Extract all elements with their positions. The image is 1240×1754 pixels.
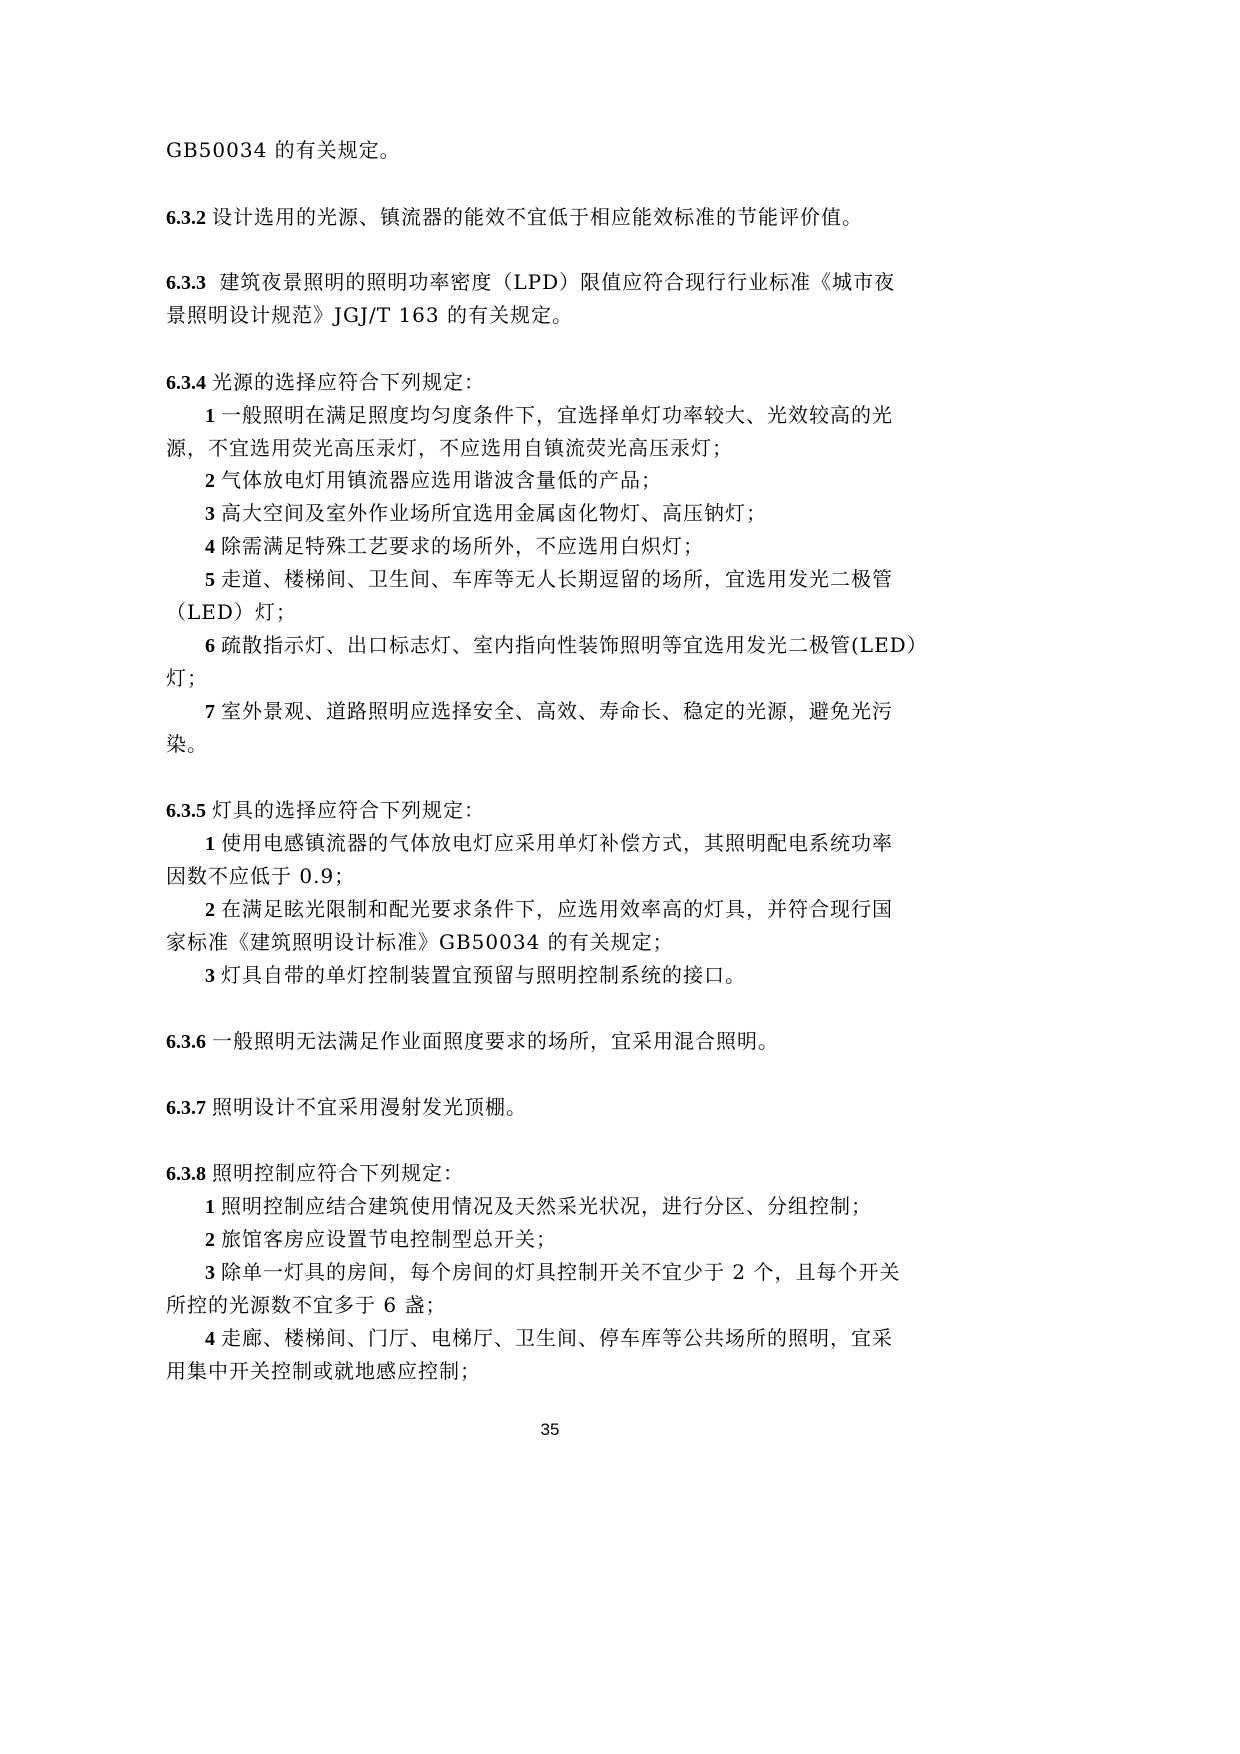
clause-number: 1 bbox=[205, 405, 215, 427]
clause-text: 景照明设计规范》JGJ/T 163 的有关规定。 bbox=[166, 303, 573, 327]
page-number: 35 bbox=[0, 1420, 1100, 1440]
text-line: 灯； bbox=[166, 664, 936, 692]
clause-line: 2气体放电灯用镇流器应选用谐波含量低的产品； bbox=[205, 466, 975, 495]
clause-text: 照明设计不宜采用漫射发光顶棚。 bbox=[212, 1095, 527, 1119]
clause-text: 所控的光源数不宜多于 6 盏； bbox=[166, 1293, 446, 1317]
document-page: GB50034 的有关规定。6.3.2设计选用的光源、镇流器的能效不宜低于相应能… bbox=[0, 0, 1240, 1754]
clause-number: 7 bbox=[205, 701, 215, 723]
clause-number: 6 bbox=[205, 635, 215, 657]
clause-number: 4 bbox=[205, 1328, 215, 1350]
clause-line: 6.3.7照明设计不宜采用漫射发光顶棚。 bbox=[166, 1093, 936, 1122]
clause-number: 4 bbox=[205, 536, 215, 558]
clause-line: 6.3.2设计选用的光源、镇流器的能效不宜低于相应能效标准的节能评价值。 bbox=[166, 203, 936, 232]
clause-text: 高大空间及室外作业场所宜选用金属卤化物灯、高压钠灯； bbox=[221, 501, 767, 525]
text-line: 家标准《建筑照明设计标准》GB50034 的有关规定； bbox=[166, 928, 936, 956]
clause-line: 7室外景观、道路照明应选择安全、高效、寿命长、稳定的光源，避免光污 bbox=[205, 697, 975, 726]
clause-number: 6.3.7 bbox=[166, 1097, 206, 1119]
clause-line: 4走廊、楼梯间、门厅、电梯厅、卫生间、停车库等公共场所的照明，宜采 bbox=[205, 1324, 975, 1353]
clause-text: 室外景观、道路照明应选择安全、高效、寿命长、稳定的光源，避免光污 bbox=[221, 699, 893, 723]
clause-line: 2在满足眩光限制和配光要求条件下，应选用效率高的灯具，并符合现行国 bbox=[205, 895, 975, 924]
clause-text: 除单一灯具的房间，每个房间的灯具控制开关不宜少于 2 个，且每个开关 bbox=[221, 1260, 900, 1284]
clause-number: 1 bbox=[205, 1196, 215, 1218]
clause-text: 因数不应低于 0.9； bbox=[166, 864, 355, 888]
clause-number: 6.3.3 bbox=[166, 272, 206, 294]
clause-text: 染。 bbox=[166, 732, 208, 756]
clause-line: 3高大空间及室外作业场所宜选用金属卤化物灯、高压钠灯； bbox=[205, 499, 975, 528]
clause-text: 灯具的选择应符合下列规定： bbox=[212, 798, 485, 822]
clause-text: 源，不宜选用荧光高压汞灯，不应选用自镇流荧光高压汞灯； bbox=[166, 436, 733, 460]
clause-line: 6.3.8照明控制应符合下列规定： bbox=[166, 1159, 936, 1188]
clause-line: 2旅馆客房应设置节电控制型总开关； bbox=[205, 1225, 975, 1254]
clause-line: 6.3.5灯具的选择应符合下列规定： bbox=[166, 796, 936, 825]
clause-text: 一般照明无法满足作业面照度要求的场所，宜采用混合照明。 bbox=[212, 1029, 779, 1053]
clause-text: 使用电感镇流器的气体放电灯应采用单灯补偿方式，其照明配电系统功率 bbox=[221, 831, 893, 855]
clause-line: 5走道、楼梯间、卫生间、车库等无人长期逗留的场所，宜选用发光二极管 bbox=[205, 565, 975, 594]
text-line: 源，不宜选用荧光高压汞灯，不应选用自镇流荧光高压汞灯； bbox=[166, 434, 936, 462]
clause-text: 光源的选择应符合下列规定： bbox=[212, 370, 485, 394]
clause-number: 6.3.4 bbox=[166, 372, 206, 394]
clause-text: 在满足眩光限制和配光要求条件下，应选用效率高的灯具，并符合现行国 bbox=[221, 897, 893, 921]
clause-number: 2 bbox=[205, 470, 215, 492]
clause-number: 6.3.2 bbox=[166, 207, 206, 229]
clause-text: 走道、楼梯间、卫生间、车库等无人长期逗留的场所，宜选用发光二极管 bbox=[221, 567, 893, 591]
clause-number: 3 bbox=[205, 503, 215, 525]
clause-text: 走廊、楼梯间、门厅、电梯厅、卫生间、停车库等公共场所的照明，宜采 bbox=[221, 1326, 893, 1350]
clause-text: 用集中开关控制或就地感应控制； bbox=[166, 1359, 481, 1383]
clause-text: 照明控制应结合建筑使用情况及天然采光状况，进行分区、分组控制； bbox=[221, 1194, 872, 1218]
clause-text: 一般照明在满足照度均匀度条件下，宜选择单灯功率较大、光效较高的光 bbox=[221, 403, 893, 427]
clause-line: 1使用电感镇流器的气体放电灯应采用单灯补偿方式，其照明配电系统功率 bbox=[205, 829, 975, 858]
clause-text: 灯具自带的单灯控制装置宜预留与照明控制系统的接口。 bbox=[221, 963, 746, 987]
clause-number: 6.3.6 bbox=[166, 1031, 206, 1053]
clause-number: 6.3.5 bbox=[166, 800, 206, 822]
clause-number: 1 bbox=[205, 833, 215, 855]
clause-text: 家标准《建筑照明设计标准》GB50034 的有关规定； bbox=[166, 930, 674, 954]
text-line: 景照明设计规范》JGJ/T 163 的有关规定。 bbox=[166, 301, 936, 329]
clause-text: 照明控制应符合下列规定： bbox=[212, 1161, 464, 1185]
clause-text: 疏散指示灯、出口标志灯、室内指向性装饰照明等宜选用发光二极管(LED） bbox=[221, 633, 928, 657]
clause-text: 气体放电灯用镇流器应选用谐波含量低的产品； bbox=[221, 468, 662, 492]
clause-text: GB50034 的有关规定。 bbox=[166, 138, 401, 162]
text-line: （LED）灯； bbox=[166, 598, 936, 626]
clause-line: 3除单一灯具的房间，每个房间的灯具控制开关不宜少于 2 个，且每个开关 bbox=[205, 1258, 975, 1287]
clause-line: 6.3.4光源的选择应符合下列规定： bbox=[166, 368, 936, 397]
clause-number: 2 bbox=[205, 1229, 215, 1251]
clause-number: 5 bbox=[205, 569, 215, 591]
clause-line: 1一般照明在满足照度均匀度条件下，宜选择单灯功率较大、光效较高的光 bbox=[205, 401, 975, 430]
text-line: 染。 bbox=[166, 730, 936, 758]
text-line: 所控的光源数不宜多于 6 盏； bbox=[166, 1291, 936, 1319]
clause-text: 设计选用的光源、镇流器的能效不宜低于相应能效标准的节能评价值。 bbox=[212, 205, 863, 229]
clause-line: 6.3.6一般照明无法满足作业面照度要求的场所，宜采用混合照明。 bbox=[166, 1027, 936, 1056]
clause-line: 1照明控制应结合建筑使用情况及天然采光状况，进行分区、分组控制； bbox=[205, 1192, 975, 1221]
clause-line: 3灯具自带的单灯控制装置宜预留与照明控制系统的接口。 bbox=[205, 961, 975, 990]
clause-number: 3 bbox=[205, 965, 215, 987]
clause-text: （LED）灯； bbox=[166, 600, 297, 624]
clause-text: 旅馆客房应设置节电控制型总开关； bbox=[221, 1227, 557, 1251]
text-line: 用集中开关控制或就地感应控制； bbox=[166, 1357, 936, 1385]
clause-number: 3 bbox=[205, 1262, 215, 1284]
clause-line: 4除需满足特殊工艺要求的场所外，不应选用白炽灯； bbox=[205, 532, 975, 561]
clause-text: 灯； bbox=[166, 666, 208, 690]
clause-line: 6疏散指示灯、出口标志灯、室内指向性装饰照明等宜选用发光二极管(LED） bbox=[205, 631, 975, 660]
clause-number: 2 bbox=[205, 899, 215, 921]
clause-line: 6.3.3 建筑夜景照明的照明功率密度（LPD）限值应符合现行行业标准《城市夜 bbox=[166, 268, 936, 297]
clause-text: 除需满足特殊工艺要求的场所外，不应选用白炽灯； bbox=[221, 534, 704, 558]
text-line: GB50034 的有关规定。 bbox=[166, 136, 936, 164]
text-line: 因数不应低于 0.9； bbox=[166, 862, 936, 890]
clause-number: 6.3.8 bbox=[166, 1163, 206, 1185]
clause-text: 建筑夜景照明的照明功率密度（LPD）限值应符合现行行业标准《城市夜 bbox=[212, 270, 895, 294]
